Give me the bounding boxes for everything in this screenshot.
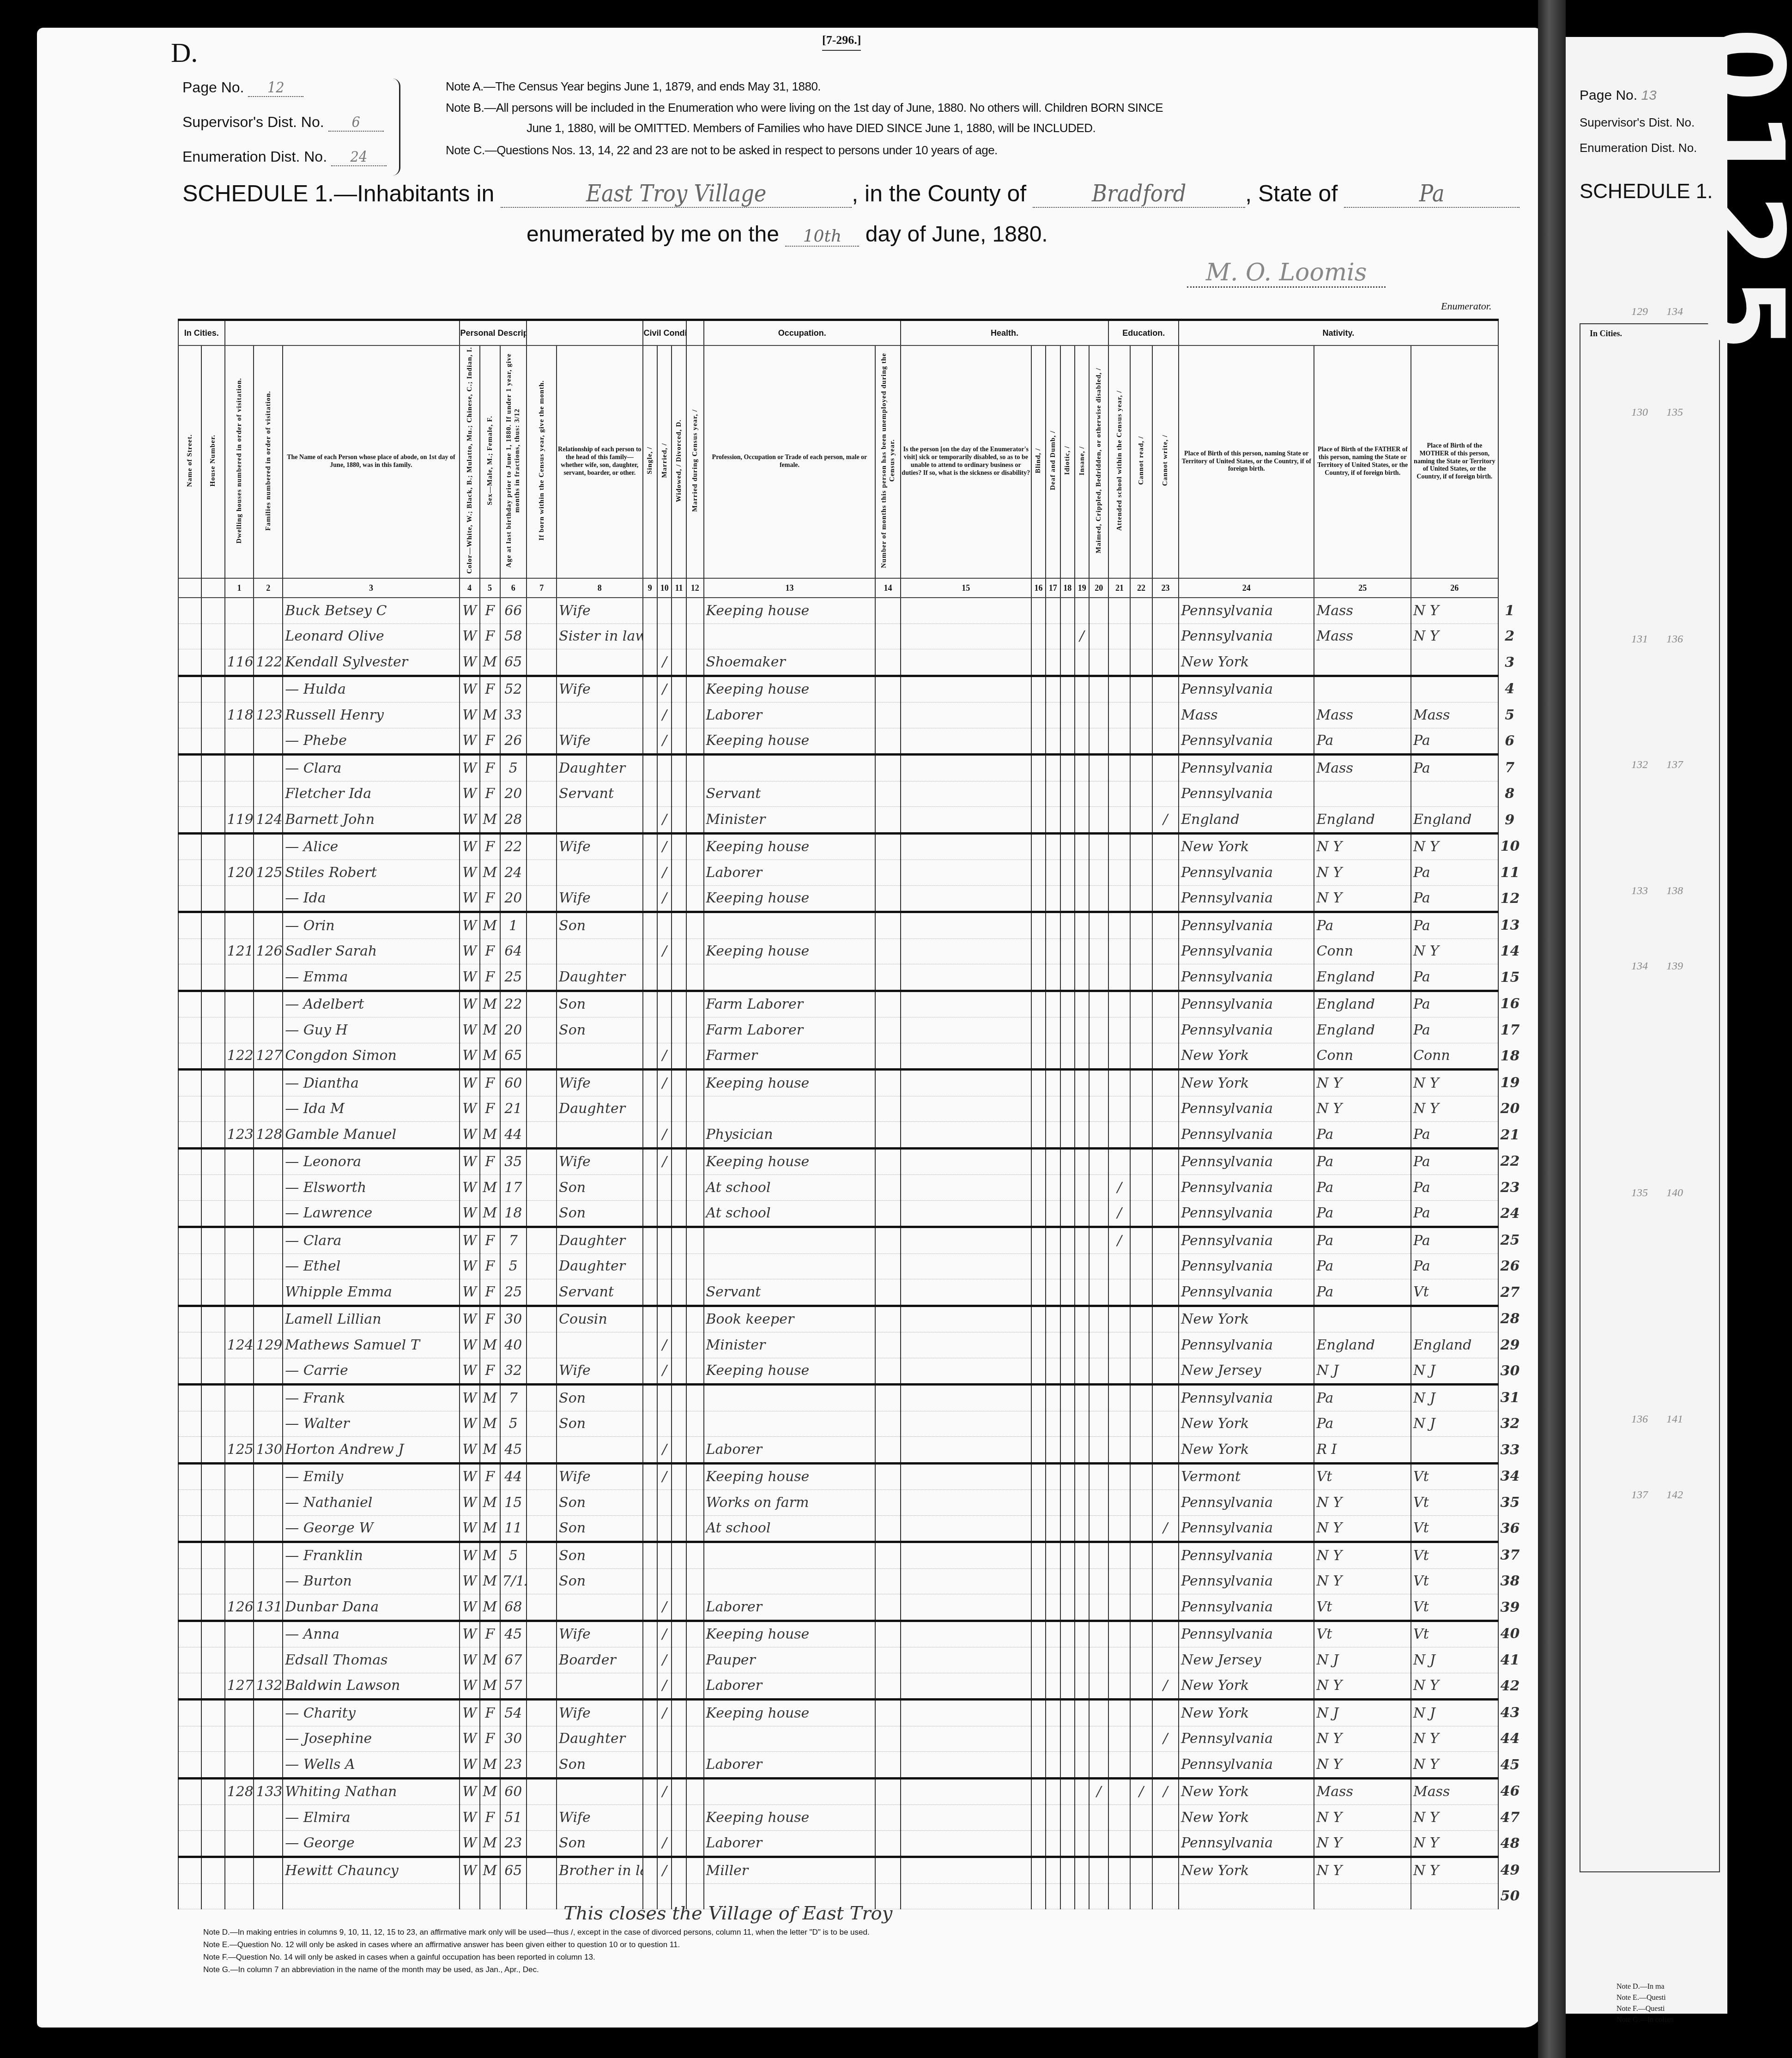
single-cell [643, 1621, 657, 1647]
idiotic-cell [1060, 1279, 1075, 1306]
father-birthplace-cell: Mass [1314, 702, 1411, 728]
relationship-cell: Daughter [557, 964, 642, 991]
father-birthplace-cell: Conn [1314, 938, 1411, 964]
married-cell [657, 991, 672, 1017]
line-number: 33 [1498, 1437, 1521, 1464]
father-birthplace-cell: England [1314, 807, 1411, 834]
insane-cell [1075, 1568, 1089, 1594]
married-in-year-cell [686, 1778, 704, 1805]
color-cell: W [460, 964, 480, 991]
birth-month-cell [527, 1175, 557, 1201]
disabled-cell [1089, 964, 1108, 991]
dwelling-number [225, 1175, 254, 1201]
age-cell: 44 [500, 1463, 527, 1490]
table-row: — GeorgeWM23Son/LaborerPennsylvaniaN YN … [178, 1830, 1521, 1857]
sickness-cell [901, 1463, 1031, 1490]
family-number: 129 [254, 1332, 283, 1358]
street-cell [178, 1515, 201, 1542]
person-name: — Guy H [283, 1017, 459, 1043]
person-name: Buck Betsey C [283, 598, 459, 623]
table-row: — HuldaWF52Wife/Keeping housePennsylvani… [178, 676, 1521, 702]
idiotic-cell [1060, 1148, 1075, 1175]
family-number [254, 1463, 283, 1490]
mother-birthplace-cell: Vt [1411, 1568, 1498, 1594]
birthplace-cell: Pennsylvania [1179, 781, 1314, 807]
family-number [254, 1253, 283, 1279]
married-cell [657, 964, 672, 991]
house-cell [201, 1332, 224, 1358]
sickness-cell [901, 1647, 1031, 1673]
color-cell: W [460, 1043, 480, 1070]
cannot-write-cell [1152, 1200, 1179, 1227]
insane-cell [1075, 1752, 1089, 1779]
disabled-cell [1089, 1148, 1108, 1175]
deaf-dumb-cell [1046, 1043, 1060, 1070]
occupation-cell [704, 1568, 876, 1594]
widowed-cell [672, 991, 686, 1017]
father-birthplace-cell: England [1314, 1017, 1411, 1043]
cannot-write-cell [1152, 1411, 1179, 1437]
insane-cell [1075, 807, 1089, 834]
sex-cell: F [480, 1621, 500, 1647]
place-value: East Troy Village [501, 180, 852, 208]
cannot-read-cell [1130, 1830, 1152, 1857]
col-8-header: Relationship of each person to the head … [557, 345, 642, 578]
father-birthplace-cell: Pa [1314, 1279, 1411, 1306]
disabled-cell [1089, 728, 1108, 755]
house-cell [201, 1358, 224, 1385]
col-25-header: Place of Birth of the FATHER of this per… [1314, 345, 1411, 578]
single-cell [643, 1647, 657, 1673]
birth-month-cell [527, 1673, 557, 1700]
blind-cell [1031, 1096, 1046, 1122]
street-cell [178, 1673, 201, 1700]
occupation-cell: Pauper [704, 1647, 876, 1673]
single-cell [643, 1805, 657, 1831]
closing-note: This closes the Village of East Troy [563, 1903, 892, 1924]
col-number: 19 [1075, 578, 1089, 598]
attended-school-cell [1108, 1857, 1130, 1884]
cannot-write-cell [1152, 912, 1179, 939]
mother-birthplace-cell [1411, 1306, 1498, 1332]
attended-school-cell [1108, 885, 1130, 912]
line-number: 34 [1498, 1463, 1521, 1490]
dwelling-number: 122 [225, 1043, 254, 1070]
street-cell [178, 1647, 201, 1673]
insane-cell [1075, 598, 1089, 623]
birthplace-cell: Pennsylvania [1179, 1490, 1314, 1516]
color-cell: W [460, 728, 480, 755]
col-6-header: Age at last birthday prior to June 1, 18… [500, 345, 527, 578]
sex-cell: F [480, 1279, 500, 1306]
widowed-cell [672, 1490, 686, 1516]
insane-cell [1075, 1542, 1089, 1569]
idiotic-cell [1060, 1122, 1075, 1149]
person-name: — Elmira [283, 1805, 459, 1831]
blind-cell [1031, 1358, 1046, 1385]
months-unemployed-cell [875, 1437, 900, 1464]
deaf-dumb-cell [1046, 1332, 1060, 1358]
table-row: — FrankWM7SonPennsylvaniaPaN J31 [178, 1385, 1521, 1411]
birthplace-cell: Pennsylvania [1179, 1279, 1314, 1306]
table-row: — EmmaWF25DaughterPennsylvaniaEnglandPa1… [178, 964, 1521, 991]
house-cell [201, 807, 224, 834]
married-in-year-cell [686, 598, 704, 623]
attended-school-cell [1108, 598, 1130, 623]
col-number: 4 [460, 578, 480, 598]
cannot-read-cell [1130, 755, 1152, 781]
cannot-write-cell [1152, 885, 1179, 912]
house-cell [201, 1175, 224, 1201]
cannot-write-cell [1152, 991, 1179, 1017]
disabled-cell [1089, 1175, 1108, 1201]
mother-birthplace-cell: N J [1411, 1700, 1498, 1726]
married-cell: / [657, 1148, 672, 1175]
married-cell [657, 1752, 672, 1779]
table-row: — AliceWF22Wife/Keeping houseNew YorkN Y… [178, 833, 1521, 860]
street-cell [178, 1463, 201, 1490]
person-name: — Walter [283, 1411, 459, 1437]
single-cell [643, 1253, 657, 1279]
attended-school-cell [1108, 1279, 1130, 1306]
widowed-cell [672, 1594, 686, 1621]
months-unemployed-cell [875, 807, 900, 834]
age-cell: 22 [500, 833, 527, 860]
mother-birthplace-cell: Mass [1411, 1778, 1498, 1805]
sex-cell: M [480, 1673, 500, 1700]
family-number [254, 1700, 283, 1726]
person-name: Barnett John [283, 807, 459, 834]
cannot-write-cell [1152, 1096, 1179, 1122]
married-in-year-cell [686, 1227, 704, 1254]
line-number: 36 [1498, 1515, 1521, 1542]
birthplace-cell: Pennsylvania [1179, 860, 1314, 886]
widowed-cell [672, 1017, 686, 1043]
insane-cell [1075, 1043, 1089, 1070]
birthplace-cell: New York [1179, 1437, 1314, 1464]
occupation-cell [704, 1385, 876, 1411]
attended-school-cell [1108, 728, 1130, 755]
single-cell [643, 781, 657, 807]
house-cell [201, 964, 224, 991]
months-unemployed-cell [875, 1017, 900, 1043]
sickness-cell [901, 1883, 1031, 1909]
single-cell [643, 1200, 657, 1227]
blind-cell [1031, 1490, 1046, 1516]
family-number [254, 728, 283, 755]
disabled-cell [1089, 991, 1108, 1017]
house-cell [201, 1726, 224, 1752]
sickness-cell [901, 1358, 1031, 1385]
blind-cell [1031, 1200, 1046, 1227]
dwelling-number: 118 [225, 702, 254, 728]
attended-school-cell: / [1108, 1227, 1130, 1254]
sex-cell: F [480, 964, 500, 991]
person-name: Gamble Manuel [283, 1122, 459, 1149]
occupation-cell [704, 1542, 876, 1569]
table-row: Edsall ThomasWM67Boarder/PauperNew Jerse… [178, 1647, 1521, 1673]
married-cell: / [657, 1778, 672, 1805]
idiotic-cell [1060, 1096, 1075, 1122]
cannot-write-cell [1152, 1700, 1179, 1726]
single-cell [643, 1437, 657, 1464]
color-cell: W [460, 1253, 480, 1279]
deaf-dumb-cell [1046, 1411, 1060, 1437]
dwelling-number [225, 755, 254, 781]
widowed-cell [672, 598, 686, 623]
age-cell: 35 [500, 1148, 527, 1175]
sex-cell: F [480, 598, 500, 623]
col-14-header: Number of months this person has been un… [875, 345, 900, 578]
line-number: 48 [1498, 1830, 1521, 1857]
table-row: — AnnaWF45Wife/Keeping housePennsylvania… [178, 1621, 1521, 1647]
deaf-dumb-cell [1046, 755, 1060, 781]
occupation-cell: Shoemaker [704, 649, 876, 676]
disabled-cell [1089, 1490, 1108, 1516]
state-label: , State of [1245, 181, 1338, 206]
house-cell [201, 1752, 224, 1779]
col-number: 5 [480, 578, 500, 598]
sex-cell: F [480, 1306, 500, 1332]
attended-school-cell [1108, 1411, 1130, 1437]
deaf-dumb-cell [1046, 1673, 1060, 1700]
insane-cell [1075, 1070, 1089, 1096]
street-cell [178, 1332, 201, 1358]
mother-birthplace-cell [1411, 1437, 1498, 1464]
idiotic-cell [1060, 676, 1075, 702]
sickness-cell [901, 1279, 1031, 1306]
idiotic-cell [1060, 1778, 1075, 1805]
dwelling-number [225, 1568, 254, 1594]
cannot-read-cell [1130, 964, 1152, 991]
footnote-f: Note F.—Question No. 14 will only be ask… [203, 1951, 870, 1963]
attended-school-cell [1108, 1830, 1130, 1857]
birthplace-cell: Pennsylvania [1179, 991, 1314, 1017]
married-cell: / [657, 1043, 672, 1070]
blind-cell [1031, 598, 1046, 623]
months-unemployed-cell [875, 885, 900, 912]
married-cell: / [657, 1621, 672, 1647]
attended-school-cell: / [1108, 1175, 1130, 1201]
supervisor-district-value: 6 [328, 113, 384, 132]
house-cell [201, 1778, 224, 1805]
attended-school-cell [1108, 1883, 1130, 1909]
cannot-read-cell [1130, 912, 1152, 939]
cannot-write-cell [1152, 781, 1179, 807]
cannot-write-cell [1152, 1883, 1179, 1909]
cannot-read-cell [1130, 885, 1152, 912]
line-number: 7 [1498, 755, 1521, 781]
table-row: — IdaWF20Wife/Keeping housePennsylvaniaN… [178, 885, 1521, 912]
house-cell [201, 1830, 224, 1857]
street-cell [178, 1043, 201, 1070]
sickness-cell [901, 1175, 1031, 1201]
dwelling-number [225, 1148, 254, 1175]
col-number: 22 [1130, 578, 1152, 598]
deaf-dumb-cell [1046, 1805, 1060, 1831]
relationship-cell [557, 1043, 642, 1070]
widowed-cell [672, 1279, 686, 1306]
sickness-cell [901, 1621, 1031, 1647]
cannot-write-cell [1152, 1227, 1179, 1254]
street-cell [178, 598, 201, 623]
table-row: — CharityWF54Wife/Keeping houseNew YorkN… [178, 1700, 1521, 1726]
widowed-cell [672, 676, 686, 702]
sex-cell: F [480, 1463, 500, 1490]
age-cell: 5 [500, 1253, 527, 1279]
dwelling-number [225, 1306, 254, 1332]
attended-school-cell [1108, 1043, 1130, 1070]
cannot-read-cell [1130, 807, 1152, 834]
widowed-cell [672, 728, 686, 755]
col-2-header: Families numbered in order of visitation… [254, 345, 283, 578]
occupation-cell: Laborer [704, 1752, 876, 1779]
age-cell: 24 [500, 860, 527, 886]
married-in-year-cell [686, 1515, 704, 1542]
line-number: 39 [1498, 1594, 1521, 1621]
next-page-dwelling-entry: 132137 [1631, 759, 1683, 771]
color-cell: W [460, 1778, 480, 1805]
married-in-year-cell [686, 1621, 704, 1647]
birth-month-cell [527, 623, 557, 649]
disabled-cell [1089, 1070, 1108, 1096]
disabled-cell [1089, 1306, 1108, 1332]
deaf-dumb-cell [1046, 885, 1060, 912]
insane-cell [1075, 964, 1089, 991]
single-cell [643, 623, 657, 649]
sex-cell: M [480, 1830, 500, 1857]
idiotic-cell [1060, 1621, 1075, 1647]
enumerator-label: Enumerator. [1441, 300, 1491, 312]
single-cell [643, 1515, 657, 1542]
house-cell [201, 1857, 224, 1884]
color-cell: W [460, 991, 480, 1017]
sickness-cell [901, 885, 1031, 912]
line-number: 11 [1498, 860, 1521, 886]
occupation-cell [704, 964, 876, 991]
age-cell: 5 [500, 1542, 527, 1569]
married-in-year-cell [686, 1647, 704, 1673]
col-12-header: Married during Census year, / [686, 345, 704, 578]
disabled-cell [1089, 1253, 1108, 1279]
age-cell: 60 [500, 1778, 527, 1805]
table-row: 122127Congdon SimonWM65/FarmerNew YorkCo… [178, 1043, 1521, 1070]
occupation-cell: Keeping house [704, 598, 876, 623]
insane-cell [1075, 1385, 1089, 1411]
insane-cell [1075, 1148, 1089, 1175]
sickness-cell [901, 755, 1031, 781]
cannot-read-cell [1130, 1805, 1152, 1831]
person-name: Horton Andrew J [283, 1437, 459, 1464]
married-in-year-cell [686, 1200, 704, 1227]
person-name: — Clara [283, 1227, 459, 1254]
mother-birthplace-cell: N Y [1411, 598, 1498, 623]
family-number [254, 1647, 283, 1673]
blind-cell [1031, 676, 1046, 702]
note-b-line1: Note B.—All persons will be included in … [446, 101, 1163, 115]
birthplace-cell: Pennsylvania [1179, 938, 1314, 964]
deaf-dumb-cell [1046, 1227, 1060, 1254]
father-birthplace-cell: N J [1314, 1358, 1411, 1385]
sex-cell: M [480, 1857, 500, 1884]
mother-birthplace-cell: Pa [1411, 885, 1498, 912]
sickness-cell [901, 1726, 1031, 1752]
attended-school-cell [1108, 1542, 1130, 1569]
line-number: 18 [1498, 1043, 1521, 1070]
widowed-cell [672, 1437, 686, 1464]
birth-month-cell [527, 1857, 557, 1884]
cannot-read-cell [1130, 833, 1152, 860]
family-number [254, 1568, 283, 1594]
father-birthplace-cell: N Y [1314, 1830, 1411, 1857]
relationship-cell [557, 1332, 642, 1358]
deaf-dumb-cell [1046, 1726, 1060, 1752]
house-cell [201, 1647, 224, 1673]
county-value: Bradford [1033, 180, 1245, 208]
married-in-year-cell [686, 1279, 704, 1306]
married-cell [657, 1096, 672, 1122]
married-in-year-cell [686, 755, 704, 781]
father-birthplace-cell: Pa [1314, 1253, 1411, 1279]
idiotic-cell [1060, 807, 1075, 834]
blind-cell [1031, 1279, 1046, 1306]
occupation-cell [704, 623, 876, 649]
deaf-dumb-cell [1046, 1070, 1060, 1096]
idiotic-cell [1060, 649, 1075, 676]
birth-month-cell [527, 938, 557, 964]
relationship-cell: Daughter [557, 755, 642, 781]
family-number: 131 [254, 1594, 283, 1621]
age-cell: 7 [500, 1385, 527, 1411]
married-cell [657, 1017, 672, 1043]
age-cell: 26 [500, 728, 527, 755]
dwelling-number [225, 1227, 254, 1254]
birthplace-cell: Pennsylvania [1179, 1017, 1314, 1043]
single-cell [643, 1096, 657, 1122]
married-cell: / [657, 676, 672, 702]
mother-birthplace-cell: N Y [1411, 1805, 1498, 1831]
color-cell: W [460, 1700, 480, 1726]
attended-school-cell [1108, 1490, 1130, 1516]
house-cell [201, 1883, 224, 1909]
occupation-cell: Keeping house [704, 1148, 876, 1175]
table-row: 124129Mathews Samuel TWM40/MinisterPenns… [178, 1332, 1521, 1358]
color-cell: W [460, 1515, 480, 1542]
color-cell: W [460, 1621, 480, 1647]
single-cell [643, 1542, 657, 1569]
sex-cell: F [480, 885, 500, 912]
birthplace-cell: New Jersey [1179, 1358, 1314, 1385]
line-number: 25 [1498, 1227, 1521, 1254]
sex-cell: M [480, 1200, 500, 1227]
col-number: 6 [500, 578, 527, 598]
cannot-read-cell [1130, 1070, 1152, 1096]
line-number: 5 [1498, 702, 1521, 728]
age-cell: 30 [500, 1726, 527, 1752]
married-in-year-cell [686, 1490, 704, 1516]
house-cell [201, 623, 224, 649]
dwelling-number [225, 1411, 254, 1437]
dwelling-number: 116 [225, 649, 254, 676]
father-birthplace-cell [1314, 676, 1411, 702]
sickness-cell [901, 964, 1031, 991]
mother-birthplace-cell: N Y [1411, 1673, 1498, 1700]
house-cell [201, 755, 224, 781]
insane-cell [1075, 1253, 1089, 1279]
married-cell: / [657, 1463, 672, 1490]
father-birthplace-cell: Pa [1314, 1122, 1411, 1149]
birth-month-cell [527, 1490, 557, 1516]
